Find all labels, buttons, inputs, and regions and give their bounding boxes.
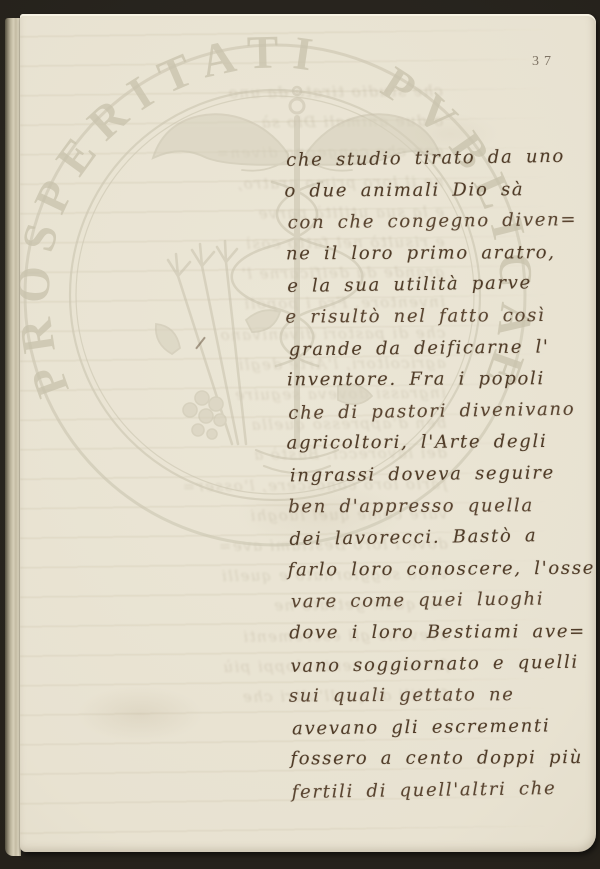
manuscript-line: vano soggiornato e quelli <box>290 646 596 682</box>
manuscript-line: dei lavorecci. Bastò a <box>289 520 595 556</box>
manuscript-line: dove i loro Bestiami ave= <box>289 616 595 649</box>
stacked-page-edges <box>5 18 21 856</box>
manuscript-line: fertili di quell'altri che <box>291 772 596 808</box>
manuscript-line: ben d'appresso quella <box>288 490 594 523</box>
manuscript-line: o due animali Dio sà <box>284 173 590 206</box>
manuscript-line: che di pastori divenivano <box>288 393 594 429</box>
handwritten-text-block: che studio tirato da unoo due animali Di… <box>286 141 596 807</box>
book-scan-background: che studio tirato da unoo due animali Di… <box>0 0 600 869</box>
manuscript-line: vare come quei luoghi <box>291 583 596 618</box>
manuscript-line: ne il loro primo aratro, <box>286 237 592 270</box>
manuscript-line: farlo loro conoscere, l'osser= <box>288 552 594 585</box>
manuscript-line: con che congegno diven= <box>288 204 594 239</box>
manuscript-line: inventore. Fra i popoli <box>287 363 593 396</box>
manuscript-page: che studio tirato da unoo due animali Di… <box>20 14 596 852</box>
page-number: 37 <box>532 54 556 70</box>
manuscript-line: sui quali gettato ne <box>289 679 595 712</box>
manuscript-line: che studio tirato da uno <box>286 140 592 176</box>
manuscript-line: e risultò nel fatto così <box>285 300 591 333</box>
manuscript-line: avevano gli escrementi <box>292 710 596 745</box>
manuscript-line: fossero a cento doppi più <box>290 742 596 775</box>
manuscript-line: grande da deificarne l' <box>289 330 595 365</box>
manuscript-line: ingrassi doveva seguire <box>290 457 596 492</box>
manuscript-line: e la sua utilità parve <box>287 267 593 303</box>
manuscript-line: agricoltori, l'Arte degli <box>287 426 593 459</box>
